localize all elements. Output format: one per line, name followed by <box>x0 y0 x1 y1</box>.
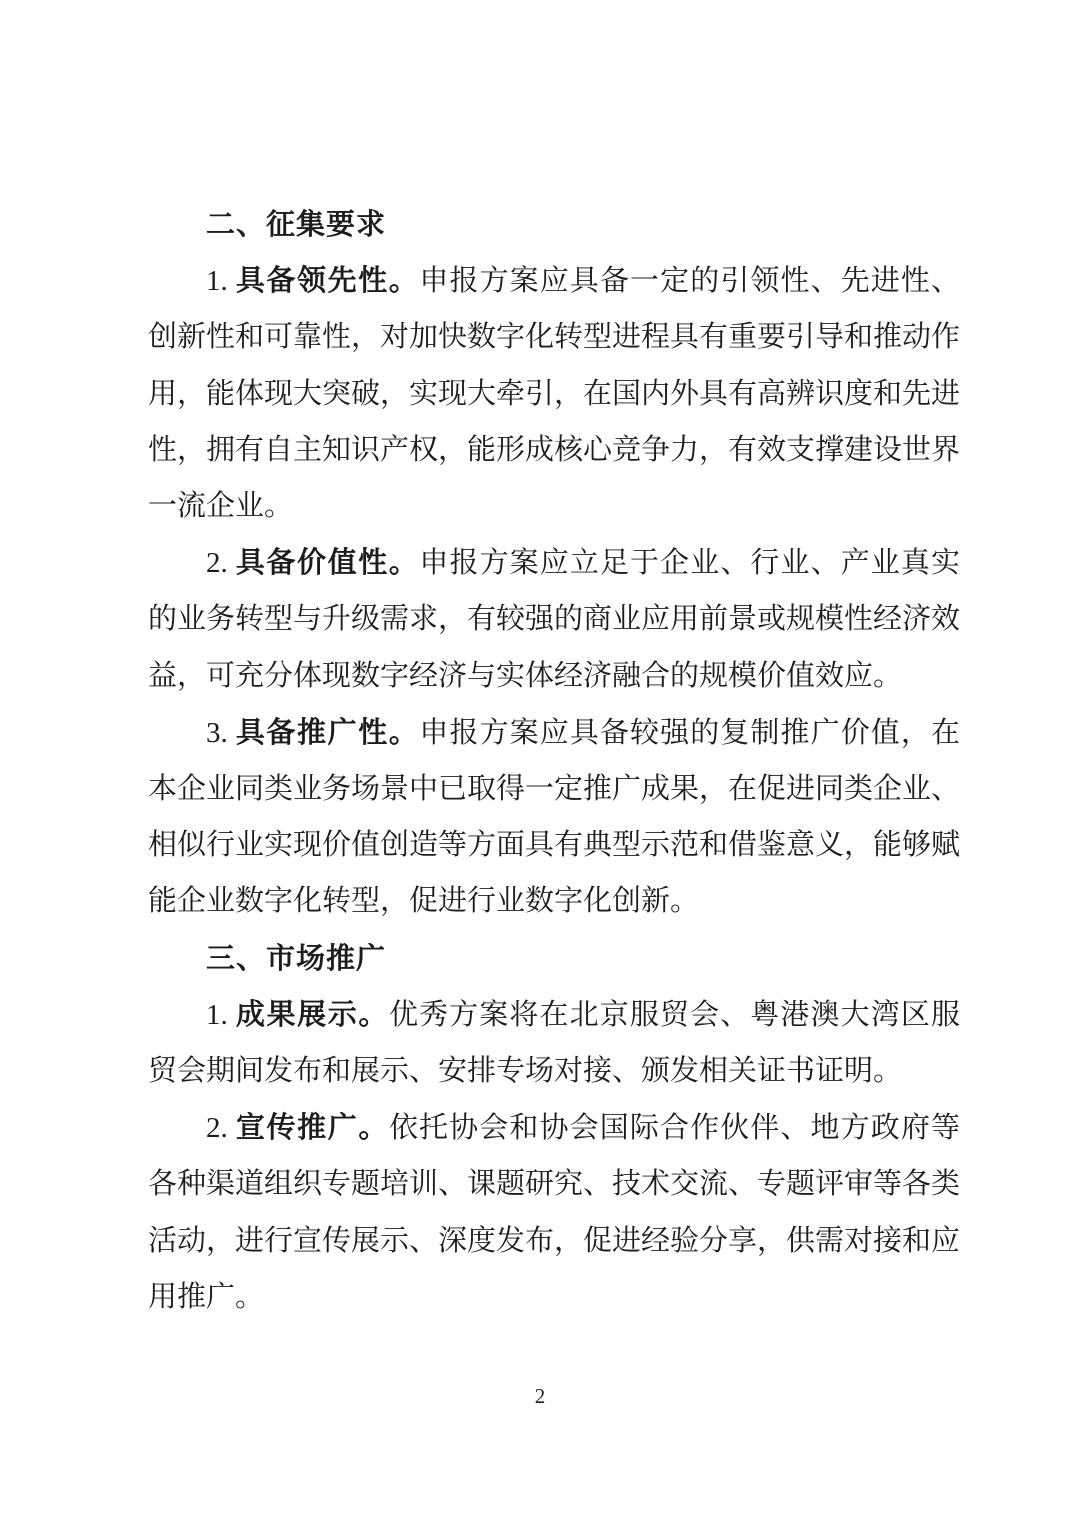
item-lead: 具备推广性。 <box>235 715 420 749</box>
item-number: 2. <box>206 547 228 579</box>
requirement-item-2: 2.具备价值性。申报方案应立足于企业、行业、产业真实的业务转型与升级需求，有较强… <box>148 534 960 704</box>
item-body: 申报方案应具备一定的引领性、先进性、创新性和可靠性，对加快数字化转型进程具有重要… <box>148 265 960 522</box>
item-lead: 具备领先性。 <box>235 263 420 297</box>
item-number: 1. <box>206 999 228 1031</box>
item-lead: 具备价值性。 <box>235 545 420 579</box>
item-number: 3. <box>206 717 228 749</box>
item-lead: 宣传推广。 <box>235 1110 389 1144</box>
section-heading-requirements: 二、征集要求 <box>148 196 960 252</box>
item-number: 2. <box>206 1112 228 1144</box>
requirement-item-1: 1.具备领先性。申报方案应具备一定的引领性、先进性、创新性和可靠性，对加快数字化… <box>148 252 960 534</box>
section-heading-promotion: 三、市场推广 <box>148 930 960 986</box>
promotion-item-1: 1.成果展示。优秀方案将在北京服贸会、粤港澳大湾区服贸会期间发布和展示、安排专场… <box>148 986 960 1099</box>
promotion-item-2: 2.宣传推广。依托协会和协会国际合作伙伴、地方政府等各种渠道组织专题培训、课题研… <box>148 1099 960 1325</box>
requirement-item-3: 3.具备推广性。申报方案应具备较强的复制推广价值，在本企业同类业务场景中已取得一… <box>148 704 960 930</box>
document-content: 二、征集要求 1.具备领先性。申报方案应具备一定的引领性、先进性、创新性和可靠性… <box>148 196 960 1325</box>
document-page: 二、征集要求 1.具备领先性。申报方案应具备一定的引领性、先进性、创新性和可靠性… <box>0 0 1080 1526</box>
item-number: 1. <box>206 265 228 297</box>
item-lead: 成果展示。 <box>235 997 389 1031</box>
page-number: 2 <box>0 1383 1080 1409</box>
